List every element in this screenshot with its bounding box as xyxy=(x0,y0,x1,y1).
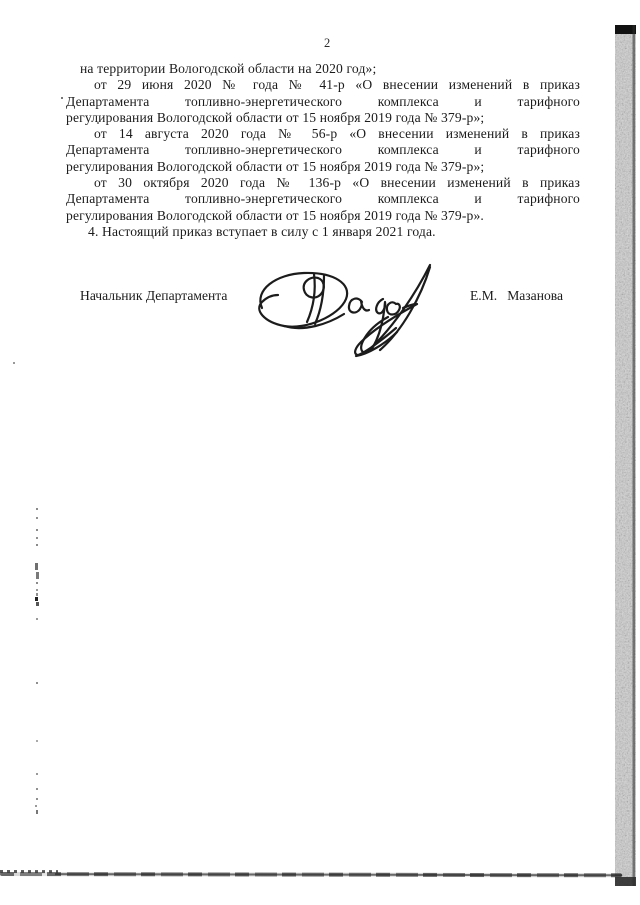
text-line: от 29 июня 2020 № года № 41-р «О внесени… xyxy=(66,77,580,93)
scanner-bottom-line xyxy=(0,872,622,877)
scan-speck-artifact xyxy=(35,563,38,570)
scan-speck-artifact xyxy=(36,529,38,531)
signatory-position-title: Начальник Департамента xyxy=(80,288,227,304)
text-line: от 14 августа 2020 года № 56-р «О внесен… xyxy=(66,126,580,142)
paragraph: на территории Вологодской области на 202… xyxy=(66,61,580,77)
scan-speck-artifact xyxy=(35,805,37,807)
scan-speck-artifact xyxy=(36,517,38,519)
scan-speck-artifact xyxy=(61,97,63,99)
text-line: Департамента топливно-энергетического ко… xyxy=(66,94,580,110)
paragraph: 4. Настоящий приказ вступает в силу с 1 … xyxy=(66,224,580,240)
text-line: регулирования Вологодской области от 15 … xyxy=(66,208,580,224)
scan-speck-artifact xyxy=(97,122,99,124)
scan-speck-artifact xyxy=(36,544,38,546)
scanned-document-page: 2 на территории Вологодской области на 2… xyxy=(0,0,640,905)
scan-speck-artifact xyxy=(36,602,39,606)
text-line: Департамента топливно-энергетического ко… xyxy=(66,191,580,207)
scan-speck-artifact xyxy=(36,572,39,579)
signatory-initials: Е.М. xyxy=(470,288,497,303)
handwritten-signature-icon xyxy=(244,258,444,368)
scan-speck-artifact xyxy=(36,508,38,510)
document-body: на территории Вологодской области на 202… xyxy=(66,61,580,240)
scan-speck-artifact xyxy=(36,537,38,539)
paragraph: от 14 августа 2020 года № 56-р «О внесен… xyxy=(66,126,580,175)
text-line: регулирования Вологодской области от 15 … xyxy=(66,159,580,175)
paragraph: от 30 октября 2020 года № 136-р «О внесе… xyxy=(66,175,580,224)
text-line: Департамента топливно-энергетического ко… xyxy=(66,142,580,158)
scan-speck-artifact xyxy=(36,593,38,596)
scan-speck-artifact xyxy=(36,810,38,814)
signatory-surname: Мазанова xyxy=(507,288,563,303)
scan-speck-artifact xyxy=(36,582,38,584)
scan-speck-artifact xyxy=(36,589,38,591)
scan-speck-artifact xyxy=(36,788,38,790)
signatory-name: Е.М.Мазанова xyxy=(470,288,563,304)
page-number: 2 xyxy=(324,36,330,51)
text-line: 4. Настоящий приказ вступает в силу с 1 … xyxy=(66,224,580,240)
text-line: на территории Вологодской области на 202… xyxy=(66,61,580,77)
scan-speck-artifact xyxy=(36,740,38,742)
text-line: регулирования Вологодской области от 15 … xyxy=(66,110,580,126)
scan-speck-artifact xyxy=(36,682,38,684)
scan-speck-artifact xyxy=(36,618,38,620)
paragraph: от 29 июня 2020 № года № 41-р «О внесени… xyxy=(66,77,580,126)
scan-speck-artifact xyxy=(36,773,38,775)
scanner-edge-strip xyxy=(615,25,636,886)
scan-speck-artifact xyxy=(36,798,38,800)
scan-speck-artifact xyxy=(13,362,15,364)
text-line: от 30 октября 2020 года № 136-р «О внесе… xyxy=(66,175,580,191)
scan-speck-artifact xyxy=(35,597,38,601)
